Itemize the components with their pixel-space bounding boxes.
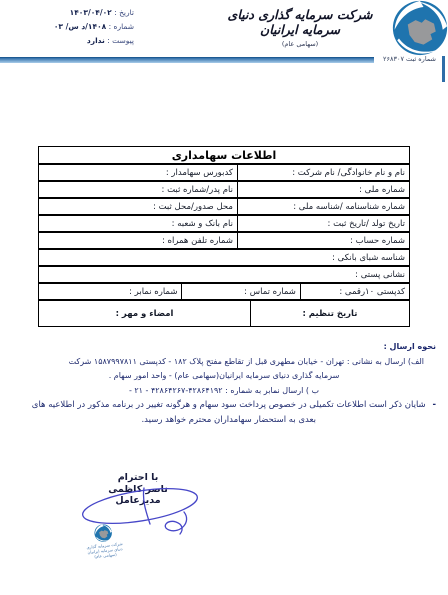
field-postal-address: نشانی پستی :: [39, 267, 409, 282]
send-option-b: ب ) ارسال نمابر به شماره : ۴۲۸۶۴۱۹۲-۴۲۸۶…: [10, 384, 438, 399]
send-option-a-line1: الف) ارسال به نشانی : تهران - خیابان مطه…: [10, 355, 438, 370]
field-account-number: شماره حساب :: [237, 233, 409, 248]
letter-date: تاریخ : ۱۴۰۳/۰۴/۰۲: [16, 6, 134, 20]
table-row: نشانی پستی :: [39, 266, 409, 283]
number-label: شماره :: [109, 22, 134, 31]
field-mobile-number: شماره تلفن همراه :: [39, 233, 237, 248]
table-row: نام و نام خانوادگی/ نام شرکت : کدبورس سه…: [39, 164, 409, 181]
field-postal-code: کدپستی ۱۰رقمی :: [300, 284, 409, 299]
letterhead: شرکت سرمایه گذاری دنیای سرمایه ایرانیان …: [210, 7, 390, 48]
table-row: شناسه شبای بانکی :: [39, 249, 409, 266]
signature-scribble-icon: [72, 482, 212, 542]
field-bourse-code: کدبورس سهامدار :: [39, 165, 237, 180]
form-title-row: اطلاعات سهامداری: [39, 147, 409, 164]
note-dash: -: [427, 398, 436, 428]
letter-meta: تاریخ : ۱۴۰۳/۰۴/۰۲ شماره : ۱۴۰۸/د س/ ۰۳ …: [16, 6, 134, 48]
table-row: تاریخ تولد /تاریخ ثبت : نام بانک و شعبه …: [39, 215, 409, 232]
field-national-id: شماره ملی :: [237, 182, 409, 197]
send-method-title: نحوه ارسال :: [10, 340, 438, 355]
field-bank-branch: نام بانک و شعبه :: [39, 216, 237, 231]
field-father-name-reg-number: نام پدر/شماره ثبت :: [39, 182, 237, 197]
letter-attachment: پیوست : ندارد: [16, 34, 134, 48]
company-name: شرکت سرمایه گذاری دنیای سرمایه ایرانیان: [210, 7, 390, 37]
attachment-value: ندارد: [87, 36, 105, 45]
number-value: ۱۴۰۸/د س/ ۰۳: [54, 22, 106, 31]
document-page: تاریخ : ۱۴۰۳/۰۴/۰۲ شماره : ۱۴۰۸/د س/ ۰۳ …: [0, 0, 448, 595]
attachment-label: پیوست :: [107, 36, 134, 45]
table-row: کدپستی ۱۰رقمی : شماره تماس : شماره نمابر…: [39, 283, 409, 300]
field-fill-date: تاریخ تنظیم :: [250, 301, 409, 326]
edge-accent-bar: [442, 56, 445, 82]
date-value: ۱۴۰۳/۰۴/۰۲: [70, 8, 112, 17]
field-certificate-number: شماره شناسنامه /شناسه ملی :: [237, 199, 409, 214]
field-issue-place: محل صدور/محل ثبت :: [39, 199, 237, 214]
company-type: (سهامی عام): [210, 40, 390, 48]
table-row: شماره شناسنامه /شناسه ملی : محل صدور/محل…: [39, 198, 409, 215]
registration-number: شماره ثبت ۲۶۸۳۰۷: [383, 55, 436, 63]
company-logo-icon: [392, 0, 448, 56]
send-instructions: نحوه ارسال : الف) ارسال به نشانی : تهران…: [10, 340, 438, 398]
date-label: تاریخ :: [114, 8, 134, 17]
field-name-company: نام و نام خانوادگی/ نام شرکت :: [237, 165, 409, 180]
field-fax-number: شماره نمابر :: [39, 284, 181, 299]
table-row: شماره ملی : نام پدر/شماره ثبت :: [39, 181, 409, 198]
letter-number: شماره : ۱۴۰۸/د س/ ۰۳: [16, 20, 134, 34]
field-sheba-id: شناسه شبای بانکی :: [39, 250, 409, 265]
table-row: شماره حساب : شماره تلفن همراه :: [39, 232, 409, 249]
field-contact-number: شماره تماس :: [181, 284, 299, 299]
field-birth-reg-date: تاریخ تولد /تاریخ ثبت :: [237, 216, 409, 231]
send-option-a-line2: سرمایه گذاری دنیای سرمایه ایرانیان(سهامی…: [10, 369, 438, 384]
header-divider: [0, 57, 374, 63]
additional-note: - شایان ذکر است اطلاعات تکمیلی در خصوص پ…: [30, 398, 436, 428]
note-text: شایان ذکر است اطلاعات تکمیلی در خصوص پرد…: [30, 398, 427, 428]
field-signature-seal: امضاء و مهر :: [39, 301, 250, 326]
shareholding-form-table: اطلاعات سهامداری نام و نام خانوادگی/ نام…: [38, 146, 410, 327]
table-row: تاریخ تنظیم : امضاء و مهر :: [39, 300, 409, 326]
form-title: اطلاعات سهامداری: [39, 147, 409, 163]
